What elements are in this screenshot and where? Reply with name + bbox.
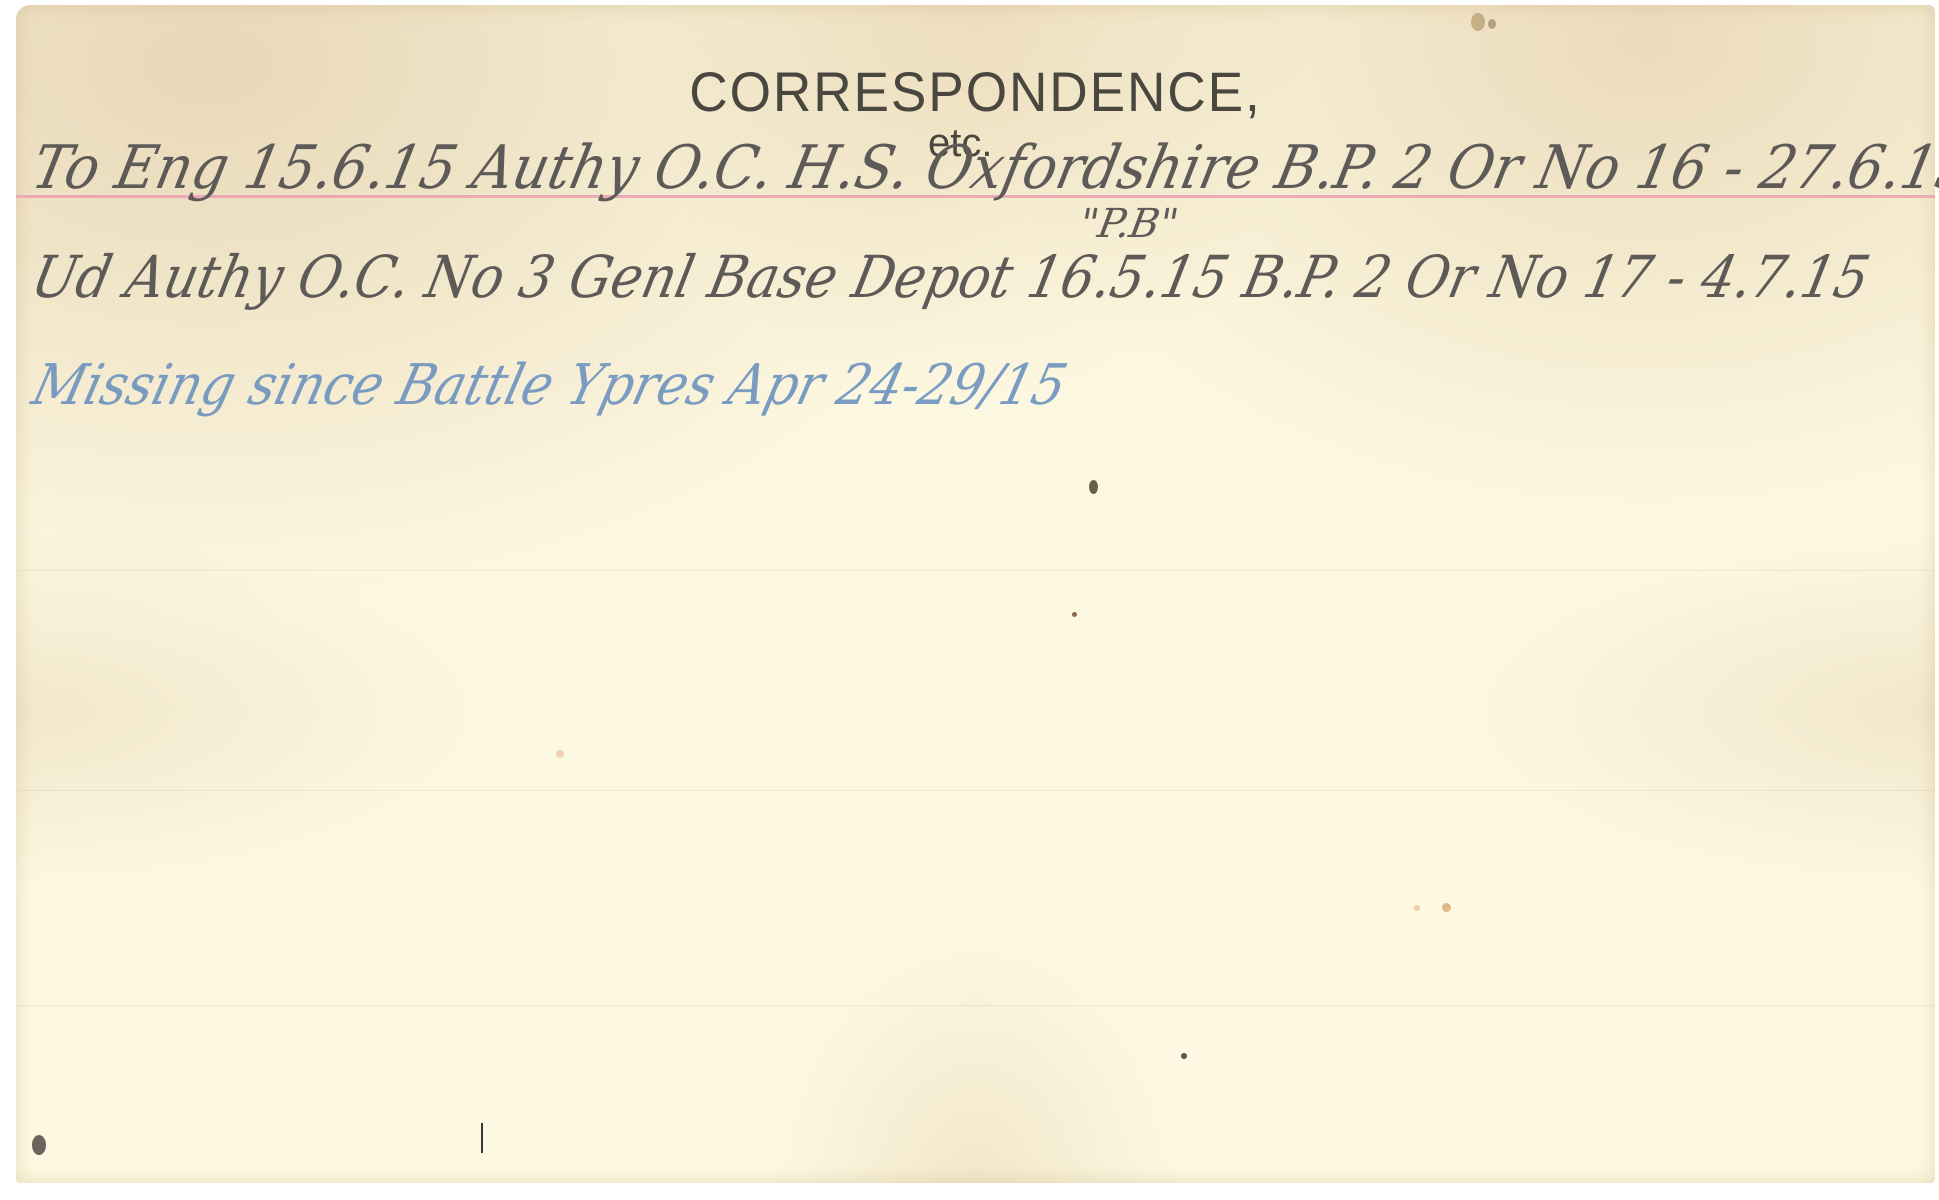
ink-dot — [32, 1135, 46, 1155]
handwritten-annotation-pb: "P.B" — [1076, 201, 1182, 247]
stain-mark — [1414, 905, 1420, 911]
record-card: CORRESPONDENCE, etc. To Eng 15.6.15 Auth… — [16, 5, 1935, 1183]
ink-dot — [1089, 480, 1098, 494]
ink-dot — [1181, 1053, 1187, 1059]
stain-mark — [1442, 903, 1451, 912]
stain-mark — [1471, 13, 1485, 31]
handwritten-entry-2: Ud Authy O.C. No 3 Genl Base Depot 16.5.… — [26, 243, 1876, 311]
faint-rule — [16, 570, 1935, 571]
stain-mark — [1488, 19, 1496, 29]
faint-rule — [16, 1005, 1935, 1006]
handwritten-entry-3: Missing since Battle Ypres Apr 24-29/15 — [26, 353, 1073, 418]
pen-mark — [481, 1123, 483, 1153]
handwritten-entry-1: To Eng 15.6.15 Authy O.C. H.S. Oxfordshi… — [26, 133, 1939, 203]
faint-rule — [16, 790, 1935, 791]
stain-mark — [556, 750, 564, 758]
card-header: CORRESPONDENCE, — [64, 59, 1887, 124]
ink-dot — [1072, 612, 1077, 617]
